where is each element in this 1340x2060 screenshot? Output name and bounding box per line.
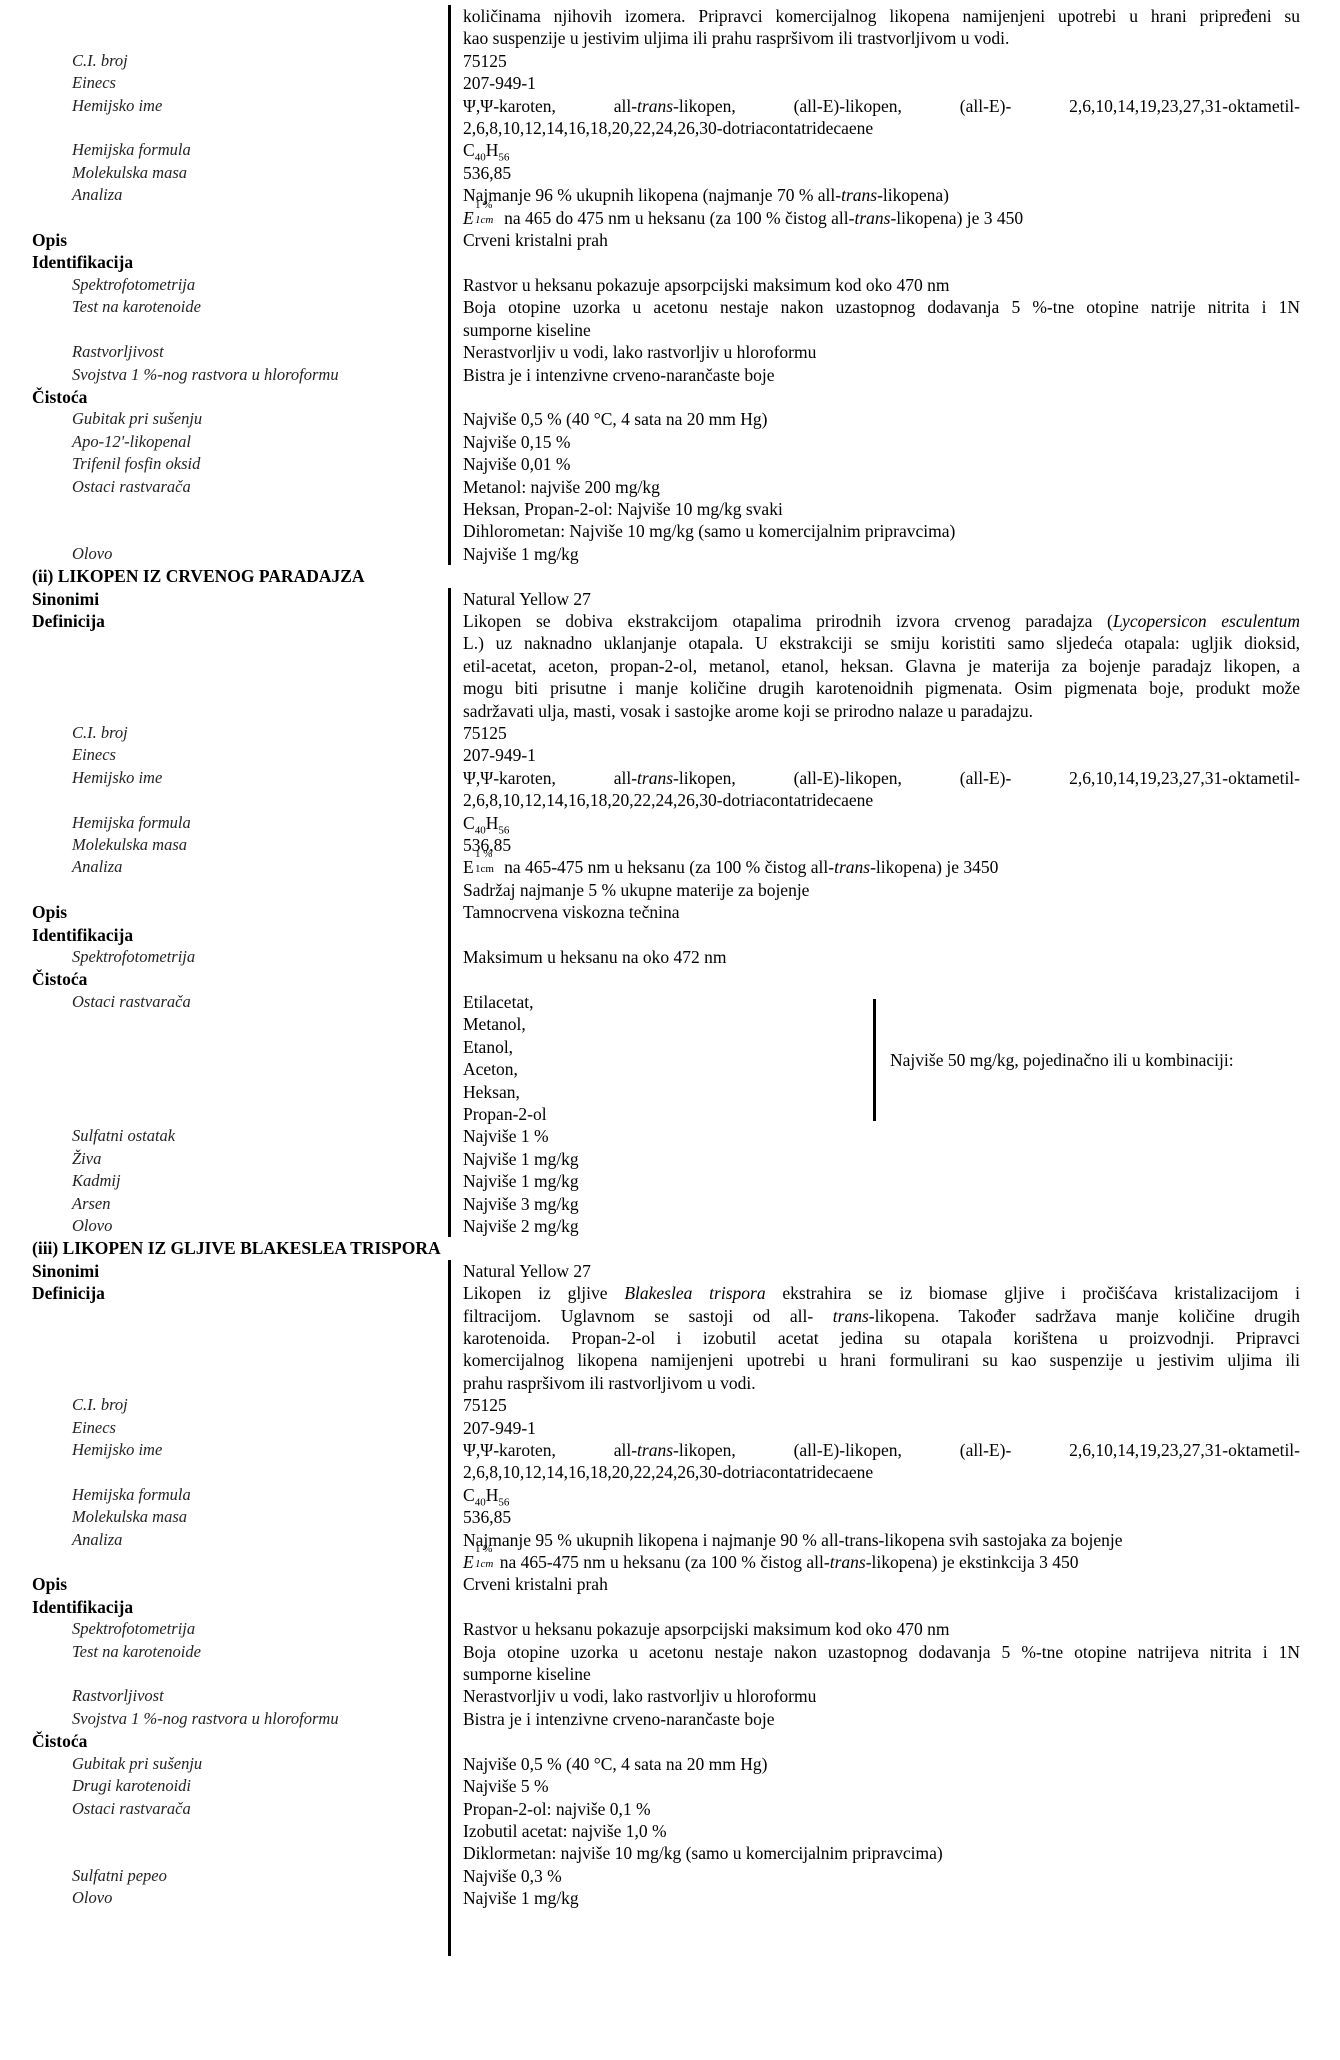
spektro-value: Rastvor u heksanu pokazuje apsorpcijski …: [448, 274, 1300, 296]
apo-label: Apo-12'-likopenal: [0, 431, 448, 453]
definition-value: Likopen se dobiva ekstrakcijom otapalima…: [448, 610, 1300, 722]
spec-row-chem-name: Hemijsko ime Ψ,Ψ-karoten, all-trans-liko…: [0, 95, 1340, 140]
spec-row-solubility: Rastvorljivost Nerastvorljiv u vodi, lak…: [0, 341, 1340, 363]
definition-line: mogu biti prisutne i manje količine drug…: [463, 677, 1300, 699]
apo-value: Najviše 0,15 %: [448, 431, 1300, 453]
spec-row-formula: Hemijska formula C40H56: [0, 139, 1340, 161]
solvent-label: Ostaci rastvarača: [0, 476, 448, 543]
solvent-item: Propan-2-ol: [463, 1103, 873, 1125]
spec-row-tpo: Trifenil fosfin oksid Najviše 0,01 %: [0, 453, 1340, 475]
tpo-label: Trifenil fosfin oksid: [0, 453, 448, 475]
definition-line: etil-acetat, aceton, propan-2-ol, metano…: [463, 655, 1300, 677]
spec-row-solvents: Ostaci rastvarača Metanol: najviše 200 m…: [0, 476, 1340, 543]
spec-row-assay: Analiza E1 %1cm na 465-475 nm u heksanu …: [0, 856, 1340, 901]
spec-row-assay: Analiza Najmanje 96 % ukupnih likopena (…: [0, 184, 1340, 229]
lead-label: Olovo: [0, 543, 448, 565]
einecs-value: 207-949-1: [448, 72, 1300, 94]
definition-line: L.) uz naknadno uklanjanje otapala. U ek…: [463, 632, 1300, 654]
definition-line: karotenoida. Propan-2-ol i izobutil acet…: [463, 1327, 1300, 1349]
formula-value: C40H56: [448, 139, 1300, 161]
assay-value: Sadržaj najmanje 5 % ukupne materije za …: [463, 879, 1300, 901]
tpo-value: Najviše 0,01 %: [448, 453, 1300, 475]
extinction-symbol: E1 %1cm: [463, 1551, 500, 1573]
spec-row-other-carot: Drugi karotenoidi Najviše 5 %: [0, 1775, 1340, 1797]
spec-row-mass: Molekulska masa 536,85: [0, 1506, 1340, 1528]
chem-name-line: Ψ,Ψ-karoten, all-trans-likopen, (all-E)-…: [463, 1439, 1300, 1461]
spec-row-chem-name: Hemijsko ime Ψ,Ψ-karoten, all-trans-liko…: [0, 767, 1340, 812]
spec-row-ci: C.I. broj 75125: [0, 722, 1340, 744]
solvent-limit: Najviše 50 mg/kg, pojedinačno ili u komb…: [873, 999, 1234, 1121]
spec-row-opis: Opis Crveni kristalni prah: [0, 1573, 1340, 1595]
mass-value: 536,85: [448, 162, 1300, 184]
chem-name-line: 2,6,8,10,12,14,16,18,20,22,24,26,30-dotr…: [463, 789, 1300, 811]
spec-row-ident: Identifikacija: [0, 1596, 1340, 1618]
spec-row-solvents: Ostaci rastvarača Propan-2-ol: najviše 0…: [0, 1798, 1340, 1865]
solvent-item: Dihlorometan: Najviše 10 mg/kg (samo u k…: [463, 520, 1300, 542]
lead-value: Najviše 1 mg/kg: [448, 543, 1300, 565]
spec-row-sulfate: Sulfatni pepeo Najviše 0,3 %: [0, 1865, 1340, 1887]
solvent-item: Diklormetan: najviše 10 mg/kg (samo u ko…: [463, 1842, 1300, 1864]
solvent-list: Etilacetat, Metanol, Etanol, Aceton, Hek…: [463, 991, 873, 1125]
solvent-item: Heksan, Propan-2-ol: Najviše 10 mg/kg sv…: [463, 498, 1300, 520]
solvent-item: Propan-2-ol: najviše 0,1 %: [463, 1798, 1300, 1820]
solvent-item: Aceton,: [463, 1058, 873, 1080]
solvent-item: Metanol,: [463, 1013, 873, 1035]
spec-row-ci: C.I. broj 75125: [0, 50, 1340, 72]
chem-name-label: Hemijsko ime: [0, 95, 448, 140]
loss-drying-value: Najviše 0,5 % (40 °C, 4 sata na 20 mm Hg…: [448, 408, 1300, 430]
solvent-table: Etilacetat, Metanol, Etanol, Aceton, Hek…: [463, 991, 1300, 1125]
ci-label: C.I. broj: [0, 50, 448, 72]
spec-row-synonyms: Sinonimi Natural Yellow 27: [0, 1260, 1340, 1282]
spec-row-formula: Hemijska formula C40H56: [0, 812, 1340, 834]
synonyms-value: Natural Yellow 27: [448, 588, 1300, 610]
spec-row-cadmium: Kadmij Najviše 1 mg/kg: [0, 1170, 1340, 1192]
formula-label: Hemijska formula: [0, 139, 448, 161]
spec-row-mercury: Živa Najviše 1 mg/kg: [0, 1148, 1340, 1170]
loss-drying-label: Gubitak pri sušenju: [0, 408, 448, 430]
intro-line: kao suspenzije u jestivim uljima ili pra…: [463, 27, 1300, 49]
opis-label: Opis: [0, 229, 448, 251]
definition-value: Likopen iz gljive Blakeslea trispora eks…: [448, 1282, 1300, 1394]
intro-row: količinama njihovih izomera. Pripravci k…: [0, 5, 1340, 50]
spec-row-lead: Olovo Najviše 1 mg/kg: [0, 543, 1340, 565]
spec-row-synonyms: Sinonimi Natural Yellow 27: [0, 588, 1340, 610]
props-value: Bistra je i intenzivne crveno-narančaste…: [448, 364, 1300, 386]
spektro-label: Spektrofotometrija: [0, 274, 448, 296]
spec-row-ident: Identifikacija: [0, 251, 1340, 273]
spec-row-spektro: Spektrofotometrija Rastvor u heksanu pok…: [0, 274, 1340, 296]
purity-label: Čistoća: [0, 386, 448, 408]
assay-value: Najmanje 95 % ukupnih likopena i najmanj…: [463, 1529, 1300, 1551]
spec-row-lead: Olovo Najviše 1 mg/kg: [0, 1887, 1340, 1909]
spec-row-mass: Molekulska masa 536,85: [0, 162, 1340, 184]
spec-row-purity: Čistoća: [0, 968, 1340, 990]
spec-row-definition: Definicija Likopen iz gljive Blakeslea t…: [0, 1282, 1340, 1394]
spec-row-arsenic: Arsen Najviše 3 mg/kg: [0, 1193, 1340, 1215]
extinction-symbol: E1 %1cm: [463, 856, 500, 878]
spec-row-solubility: Rastvorljivost Nerastvorljiv u vodi, lak…: [0, 1685, 1340, 1707]
extinction-value: E1 %1cm na 465 do 475 nm u heksanu (za 1…: [463, 207, 1300, 229]
spec-row-purity: Čistoća: [0, 386, 1340, 408]
intro-line: količinama njihovih izomera. Pripravci k…: [463, 5, 1300, 27]
definition-line: komercijalnog likopena namijenjeni upotr…: [463, 1349, 1300, 1371]
carot-test-label: Test na karotenoide: [0, 296, 448, 341]
spec-row-opis: Opis Tamnocrvena viskozna tečnina: [0, 901, 1340, 923]
spec-row-purity: Čistoća: [0, 1730, 1340, 1752]
spec-row-mass: Molekulska masa 536,85: [0, 834, 1340, 856]
spec-row-loss-drying: Gubitak pri sušenju Najviše 0,5 % (40 °C…: [0, 408, 1340, 430]
chem-name-line: Ψ,Ψ-karoten, all-trans-likopen, (all-E)-…: [463, 95, 1300, 117]
spec-row-definition: Definicija Likopen se dobiva ekstrakcijo…: [0, 610, 1340, 722]
section-heading: (ii) LIKOPEN IZ CRVENOG PARADAJZA: [0, 565, 1340, 587]
extinction-value: E1 %1cmna 465-475 nm u heksanu (za 100 %…: [463, 1551, 1300, 1573]
spec-row-lead: Olovo Najviše 2 mg/kg: [0, 1215, 1340, 1237]
solvent-item: Metanol: najviše 200 mg/kg: [463, 476, 1300, 498]
solvent-item: Heksan,: [463, 1081, 873, 1103]
spec-row-ident: Identifikacija: [0, 924, 1340, 946]
chem-name-line: 2,6,8,10,12,14,16,18,20,22,24,26,30-dotr…: [463, 117, 1300, 139]
spec-row-einecs: Einecs 207-949-1: [0, 1417, 1340, 1439]
chem-name-line: Ψ,Ψ-karoten, all-trans-likopen, (all-E)-…: [463, 767, 1300, 789]
chem-name-line: 2,6,8,10,12,14,16,18,20,22,24,26,30-dotr…: [463, 1461, 1300, 1483]
definition-line: Likopen se dobiva ekstrakcijom otapalima…: [463, 610, 1300, 632]
spec-row-solvents: Ostaci rastvarača Etilacetat, Metanol, E…: [0, 991, 1340, 1125]
spec-row-opis: Opis Crveni kristalni prah: [0, 229, 1340, 251]
spec-row-einecs: Einecs 207-949-1: [0, 72, 1340, 94]
ci-value: 75125: [448, 50, 1300, 72]
definition-line: filtracijom. Uglavnom se sastoji od all-…: [463, 1305, 1300, 1327]
assay-value: Najmanje 96 % ukupnih likopena (najmanje…: [463, 184, 1300, 206]
spec-row-chem-name: Hemijsko ime Ψ,Ψ-karoten, all-trans-liko…: [0, 1439, 1340, 1484]
spec-row-ci: C.I. broj 75125: [0, 1394, 1340, 1416]
section-heading: (iii) LIKOPEN IZ GLJIVE BLAKESLEA TRISPO…: [0, 1237, 1340, 1259]
definition-label: Definicija: [0, 610, 448, 722]
formula-text: C40H56: [463, 1485, 509, 1505]
opis-value: Crveni kristalni prah: [448, 229, 1300, 251]
definition-line: prahu raspršivom ili rastvorljivom u vod…: [463, 1372, 1300, 1394]
spec-row-carot-test: Test na karotenoide Boja otopine uzorka …: [0, 296, 1340, 341]
spec-row-apo: Apo-12'-likopenal Najviše 0,15 %: [0, 431, 1340, 453]
extinction-symbol: E1 %1cm: [463, 207, 500, 229]
extinction-value: E1 %1cm na 465-475 nm u heksanu (za 100 …: [463, 856, 1300, 878]
chem-name-value: Ψ,Ψ-karoten, all-trans-likopen, (all-E)-…: [448, 95, 1300, 140]
synonyms-label: Sinonimi: [0, 588, 448, 610]
formula-text: C40H56: [463, 140, 509, 160]
props-label: Svojstva 1 %-nog rastvora u hloroformu: [0, 364, 448, 386]
spec-row-sulfate: Sulfatni ostatak Najviše 1 %: [0, 1125, 1340, 1147]
mass-label: Molekulska masa: [0, 162, 448, 184]
spec-row-einecs: Einecs 207-949-1: [0, 744, 1340, 766]
solvent-item: Etilacetat,: [463, 991, 873, 1013]
definition-line: Likopen iz gljive Blakeslea trispora eks…: [463, 1282, 1300, 1304]
spec-row-props: Svojstva 1 %-nog rastvora u hloroformu B…: [0, 1708, 1340, 1730]
spec-row-assay: Analiza Najmanje 95 % ukupnih likopena i…: [0, 1529, 1340, 1574]
solvent-item: Etanol,: [463, 1036, 873, 1058]
assay-label: Analiza: [0, 184, 448, 229]
spec-row-spektro: Spektrofotometrija Rastvor u heksanu pok…: [0, 1618, 1340, 1640]
trailing-rule: [0, 1910, 1340, 1956]
spec-row-loss-drying: Gubitak pri sušenju Najviše 0,5 % (40 °C…: [0, 1753, 1340, 1775]
spec-row-spektro: Spektrofotometrija Maksimum u heksanu na…: [0, 946, 1340, 968]
spec-row-formula: Hemijska formula C40H56: [0, 1484, 1340, 1506]
spec-row-carot-test: Test na karotenoide Boja otopine uzorka …: [0, 1641, 1340, 1686]
spec-row-props: Svojstva 1 %-nog rastvora u hloroformu B…: [0, 364, 1340, 386]
solubility-label: Rastvorljivost: [0, 341, 448, 363]
specification-document: količinama njihovih izomera. Pripravci k…: [0, 5, 1340, 1956]
formula-text: C40H56: [463, 813, 509, 833]
ident-label: Identifikacija: [0, 251, 448, 273]
einecs-label: Einecs: [0, 72, 448, 94]
solubility-value: Nerastvorljiv u vodi, lako rastvorljiv u…: [448, 341, 1300, 363]
definition-line: sadržavati ulja, masti, vosak i sastojke…: [463, 700, 1300, 722]
solvent-item: Izobutil acetat: najviše 1,0 %: [463, 1820, 1300, 1842]
